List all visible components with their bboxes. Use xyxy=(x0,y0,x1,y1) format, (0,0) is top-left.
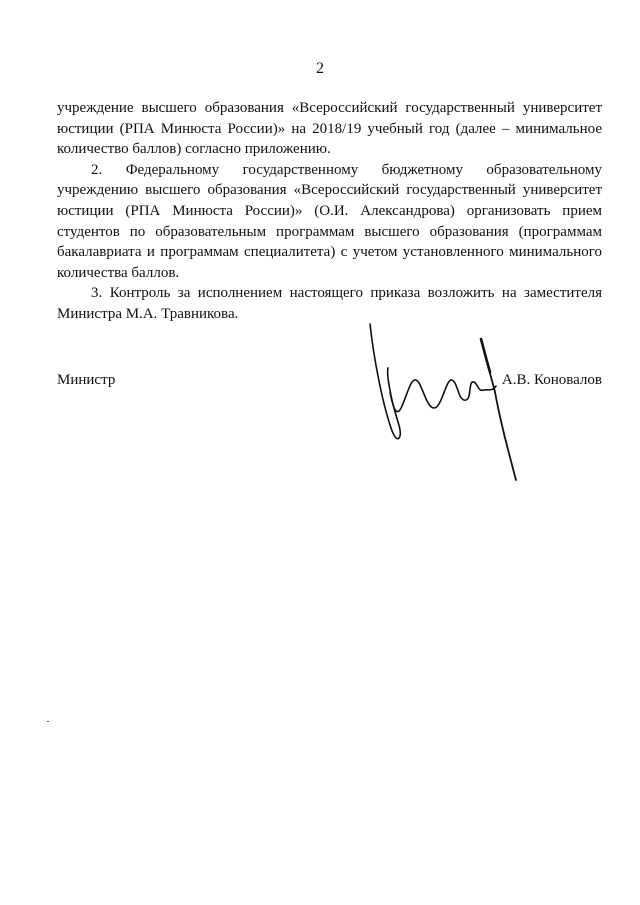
text-line: 3. Контроль за исполнением настоящего пр… xyxy=(57,283,602,304)
text-line: количество баллов) согласно приложению. xyxy=(57,139,602,160)
signatory-title: Министр xyxy=(57,370,115,390)
document-body: учреждение высшего образования «Всеросси… xyxy=(57,98,602,325)
paragraph-1-continuation: учреждение высшего образования «Всеросси… xyxy=(57,98,602,160)
text-line: юстиции (РПА Минюста России)» (О.И. Алек… xyxy=(57,201,602,222)
page-number: 2 xyxy=(0,60,640,78)
text-line: бакалавриата и программам специалитета) … xyxy=(57,242,602,263)
text-line: учреждение высшего образования «Всеросси… xyxy=(57,98,602,119)
text-line: студентов по образовательным программам … xyxy=(57,222,602,243)
paragraph-2: 2. Федеральному государственному бюджетн… xyxy=(57,160,602,284)
text-line: количества баллов. xyxy=(57,263,602,284)
handwritten-signature-icon xyxy=(360,320,530,490)
scan-artifact xyxy=(47,721,49,722)
text-line: юстиции (РПА Минюста России)» на 2018/19… xyxy=(57,119,602,140)
text-line: 2. Федеральному государственному бюджетн… xyxy=(57,160,602,181)
paragraph-3: 3. Контроль за исполнением настоящего пр… xyxy=(57,283,602,324)
text-line: учреждению высшего образования «Всеросси… xyxy=(57,180,602,201)
